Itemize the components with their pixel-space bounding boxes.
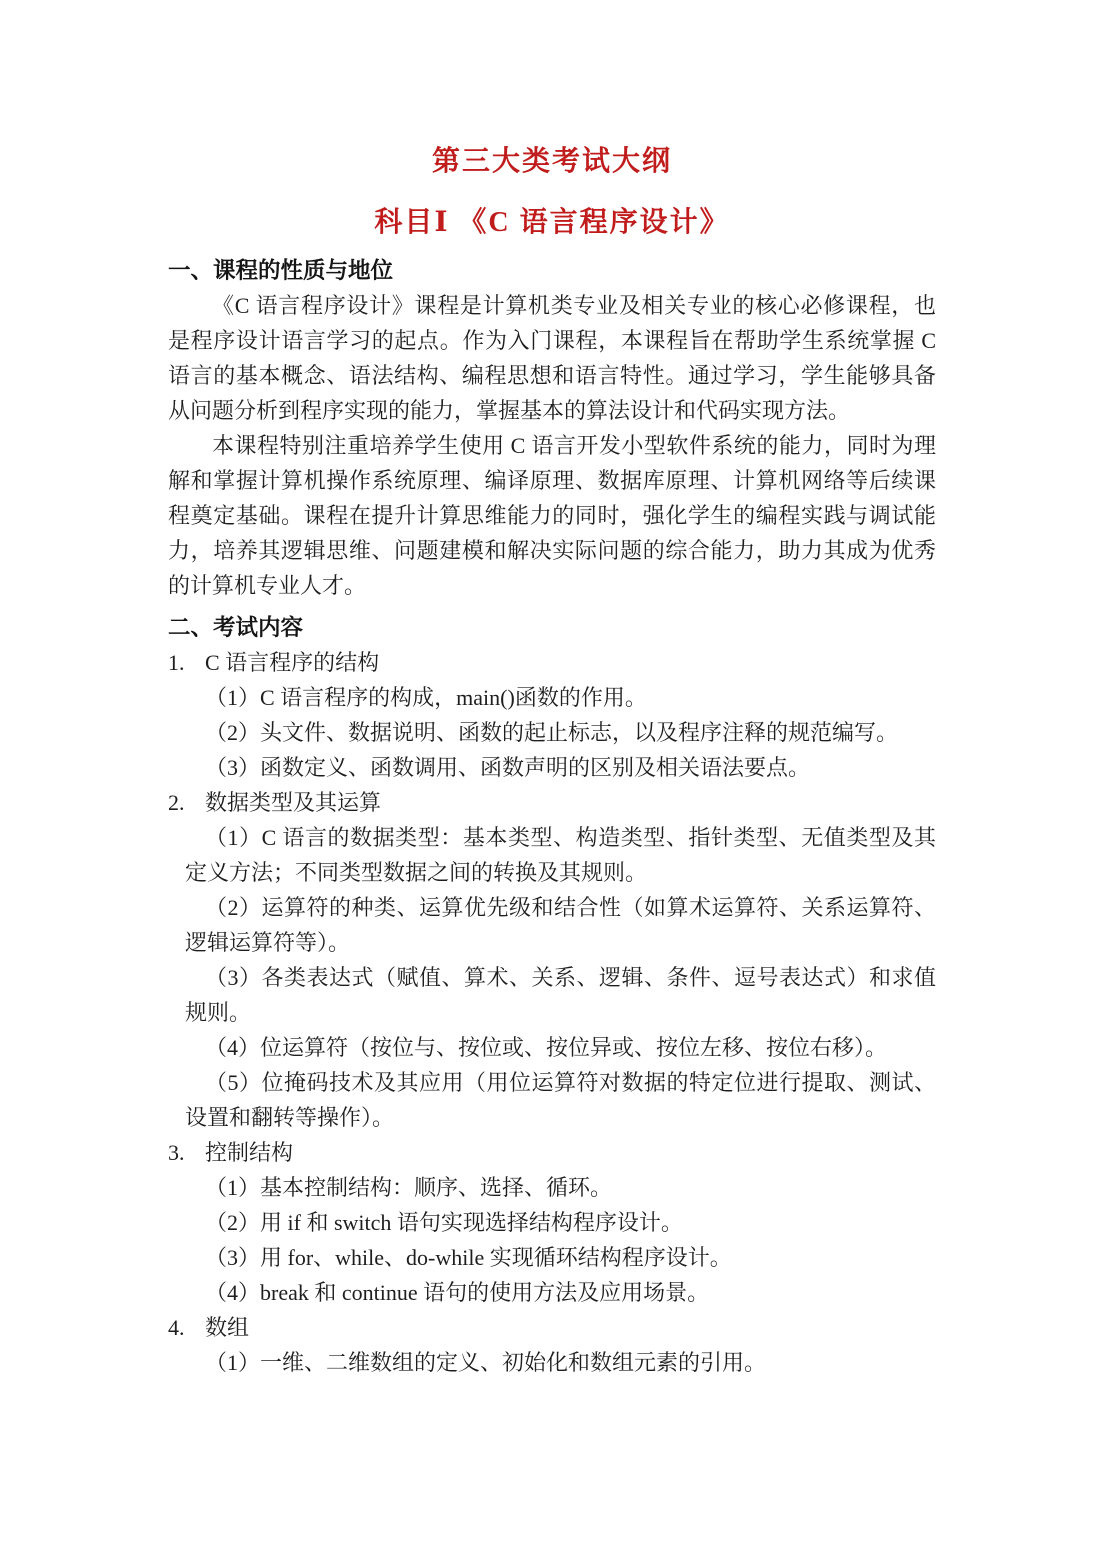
outline-subitem: （3）各类表达式（赋值、算术、关系、逻辑、条件、逗号表达式）和求值规则。 bbox=[168, 960, 936, 1030]
outline-item-title: 控制结构 bbox=[205, 1140, 293, 1165]
outline-subitem: （4）break 和 continue 语句的使用方法及应用场景。 bbox=[168, 1275, 936, 1310]
outline-subitem: （5）位掩码技术及其应用（用位运算符对数据的特定位进行提取、测试、设置和翻转等操… bbox=[168, 1065, 936, 1135]
outline-item-2: 2.数据类型及其运算 bbox=[168, 785, 936, 820]
doc-title: 第三大类考试大纲 bbox=[168, 145, 936, 179]
outline-item-title: 数组 bbox=[205, 1315, 249, 1340]
outline-item-4: 4.数组 bbox=[168, 1310, 936, 1345]
outline-subitem: （2）运算符的种类、运算优先级和结合性（如算术运算符、关系运算符、逻辑运算符等）… bbox=[168, 890, 936, 960]
document-page: 第三大类考试大纲 科目Ⅰ 《C 语言程序设计》 一、课程的性质与地位 《C 语言… bbox=[0, 0, 1102, 1559]
outline-subitem: （1）基本控制结构：顺序、选择、循环。 bbox=[168, 1170, 936, 1205]
outline-item-number: 4. bbox=[168, 1310, 205, 1345]
outline-subitem: （2）头文件、数据说明、函数的起止标志，以及程序注释的规范编写。 bbox=[168, 715, 936, 750]
section2-heading: 二、考试内容 bbox=[168, 610, 936, 645]
outline-subitem: （3）用 for、while、do-while 实现循环结构程序设计。 bbox=[168, 1240, 936, 1275]
outline-subitem: （1）一维、二维数组的定义、初始化和数组元素的引用。 bbox=[168, 1345, 936, 1380]
outline-item-number: 2. bbox=[168, 785, 205, 820]
outline-item-number: 3. bbox=[168, 1135, 205, 1170]
doc-subtitle: 科目Ⅰ 《C 语言程序设计》 bbox=[168, 206, 936, 240]
section1-paragraph-1: 《C 语言程序设计》课程是计算机类专业及相关专业的核心必修课程，也是程序设计语言… bbox=[168, 288, 936, 428]
outline-subitem: （4）位运算符（按位与、按位或、按位异或、按位左移、按位右移）。 bbox=[168, 1030, 936, 1065]
outline-item-1: 1.C 语言程序的结构 bbox=[168, 645, 936, 680]
outline-subitem: （1）C 语言的数据类型：基本类型、构造类型、指针类型、无值类型及其定义方法；不… bbox=[168, 820, 936, 890]
outline-subitem: （3）函数定义、函数调用、函数声明的区别及相关语法要点。 bbox=[168, 750, 936, 785]
outline-item-number: 1. bbox=[168, 645, 205, 680]
outline-item-3: 3.控制结构 bbox=[168, 1135, 936, 1170]
outline-item-title: C 语言程序的结构 bbox=[205, 650, 379, 675]
outline-subitem: （2）用 if 和 switch 语句实现选择结构程序设计。 bbox=[168, 1205, 936, 1240]
section1-paragraph-2: 本课程特别注重培养学生使用 C 语言开发小型软件系统的能力，同时为理解和掌握计算… bbox=[168, 428, 936, 603]
outline-subitem: （1）C 语言程序的构成，main()函数的作用。 bbox=[168, 680, 936, 715]
section1-heading: 一、课程的性质与地位 bbox=[168, 253, 936, 288]
outline-item-title: 数据类型及其运算 bbox=[205, 790, 381, 815]
